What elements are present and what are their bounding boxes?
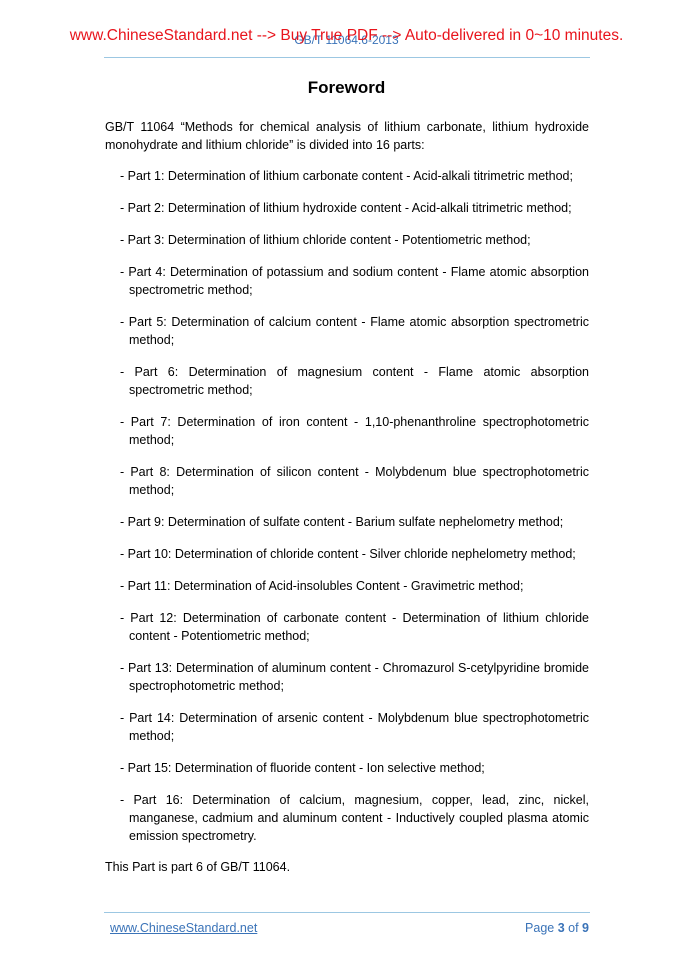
list-item: - Part 14: Determination of arsenic cont… — [105, 709, 589, 745]
page-total: 9 — [582, 921, 589, 935]
page-prefix: Page — [525, 921, 558, 935]
list-item: - Part 15: Determination of fluoride con… — [105, 759, 589, 777]
list-item: - Part 13: Determination of aluminum con… — [105, 659, 589, 695]
page-of: of — [565, 921, 582, 935]
list-item: - Part 1: Determination of lithium carbo… — [105, 167, 589, 185]
list-item: - Part 16: Determination of calcium, mag… — [105, 791, 589, 845]
list-item: - Part 2: Determination of lithium hydro… — [105, 199, 589, 217]
header-divider — [104, 57, 590, 58]
parts-list: - Part 1: Determination of lithium carbo… — [105, 167, 589, 859]
list-item: - Part 11: Determination of Acid-insolub… — [105, 577, 589, 595]
list-item: - Part 8: Determination of silicon conte… — [105, 463, 589, 499]
list-item: - Part 3: Determination of lithium chlor… — [105, 231, 589, 249]
list-item: - Part 4: Determination of potassium and… — [105, 263, 589, 299]
list-item: - Part 10: Determination of chloride con… — [105, 545, 589, 563]
promo-banner[interactable]: www.ChineseStandard.net --> Buy True PDF… — [0, 27, 693, 45]
page-current: 3 — [558, 921, 565, 935]
closing-statement: This Part is part 6 of GB/T 11064. — [105, 858, 589, 876]
list-item: - Part 6: Determination of magnesium con… — [105, 363, 589, 399]
footer-divider — [104, 912, 590, 913]
intro-paragraph: GB/T 11064 “Methods for chemical analysi… — [105, 118, 589, 154]
page-number: Page 3 of 9 — [525, 921, 589, 935]
list-item: - Part 9: Determination of sulfate conte… — [105, 513, 589, 531]
list-item: - Part 5: Determination of calcium conte… — [105, 313, 589, 349]
page-title: Foreword — [0, 78, 693, 98]
footer-website-link[interactable]: www.ChineseStandard.net — [110, 921, 257, 935]
list-item: - Part 12: Determination of carbonate co… — [105, 609, 589, 645]
list-item: - Part 7: Determination of iron content … — [105, 413, 589, 449]
